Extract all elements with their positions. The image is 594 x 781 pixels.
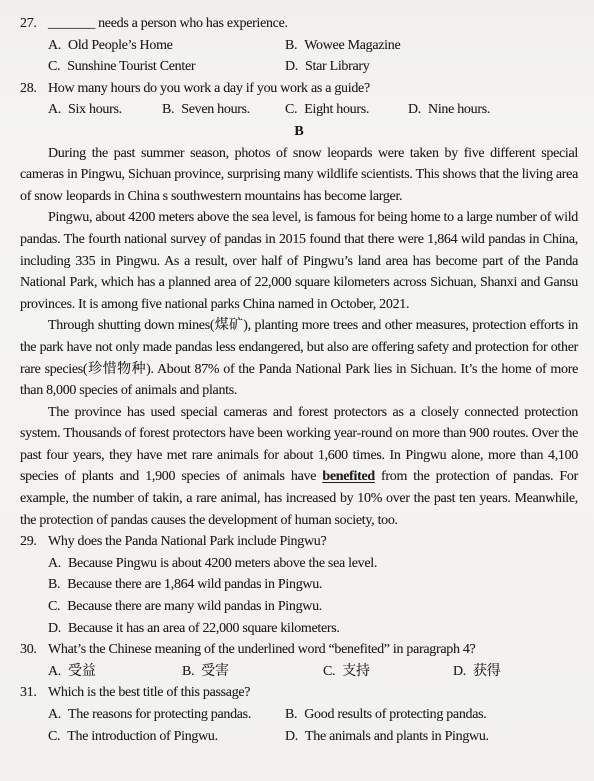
option-b: B.Good results of protecting pandas. [285,704,578,726]
option-d-text: Because it has an area of 22,000 square … [68,621,340,636]
option-d: D.Because it has an area of 22,000 squar… [48,618,578,640]
question-29: 29. Why does the Panda National Park inc… [20,531,578,639]
option-d-label: D. [408,102,421,117]
option-a: A.Old People’s Home [48,35,285,57]
option-a-text: 受益 [68,664,95,679]
question-28-stem-row: 28. How many hours do you work a day if … [20,78,578,100]
option-c-label: C. [48,599,60,614]
option-a-label: A. [48,38,61,53]
option-b-label: B. [162,102,174,117]
option-d: D.The animals and plants in Pingwu. [285,726,578,748]
option-a-label: A. [48,664,61,679]
option-d-label: D. [285,729,298,744]
exam-page: 27. _______ needs a person who has exper… [0,0,594,781]
option-c-text: Eight hours. [304,102,369,117]
option-b-text: 受害 [201,664,228,679]
option-b-text: Wowee Magazine [304,38,400,53]
question-31-stem: Which is the best title of this passage? [48,682,578,704]
option-b-text: Because there are 1,864 wild pandas in P… [67,577,322,592]
option-b: B.Wowee Magazine [285,35,578,57]
question-28-number: 28. [20,78,48,100]
question-29-stem-row: 29. Why does the Panda National Park inc… [20,531,578,553]
option-d-label: D. [453,664,466,679]
question-27-options: A.Old People’s Home B.Wowee Magazine C.S… [48,35,578,78]
question-27: 27. _______ needs a person who has exper… [20,13,578,78]
option-c-text: 支持 [342,664,369,679]
question-28-stem: How many hours do you work a day if you … [48,78,578,100]
option-c-label: C. [285,102,297,117]
option-b-label: B. [285,38,297,53]
question-30-options: A.受益 B.受害 C.支持 D.获得 [48,661,578,683]
question-27-stem: _______ needs a person who has experienc… [48,13,578,35]
option-d-label: D. [285,59,298,74]
question-31: 31. Which is the best title of this pass… [20,682,578,747]
option-b-label: B. [182,664,194,679]
option-a-text: Six hours. [68,102,122,117]
question-30: 30. What’s the Chinese meaning of the un… [20,639,578,682]
option-b-text: Seven hours. [181,102,250,117]
option-b-label: B. [285,707,297,722]
option-a-label: A. [48,707,61,722]
option-c-text: The introduction of Pingwu. [67,729,218,744]
option-a: A.受益 [48,661,182,683]
question-30-stem: What’s the Chinese meaning of the underl… [48,639,578,661]
question-29-stem: Why does the Panda National Park include… [48,531,578,553]
underlined-word-benefited: benefited [322,469,375,484]
question-27-number: 27. [20,13,48,35]
option-d-text: Nine hours. [428,102,490,117]
question-28-options: A.Six hours. B.Seven hours. C.Eight hour… [48,99,578,121]
option-c: C.Eight hours. [285,99,408,121]
option-a-label: A. [48,556,61,571]
option-d-text: 获得 [473,664,500,679]
option-b: B.Seven hours. [162,99,285,121]
option-a-label: A. [48,102,61,117]
option-d: D.获得 [453,661,578,683]
question-29-options: A.Because Pingwu is about 4200 meters ab… [48,553,578,639]
page-content: 27. _______ needs a person who has exper… [0,0,594,747]
option-d: D.Star Library [285,56,578,78]
option-d-label: D. [48,621,61,636]
question-27-stem-row: 27. _______ needs a person who has exper… [20,13,578,35]
question-31-options: A.The reasons for protecting pandas. B.G… [48,704,578,747]
option-c-label: C. [48,59,60,74]
option-a: A.The reasons for protecting pandas. [48,704,285,726]
question-30-stem-row: 30. What’s the Chinese meaning of the un… [20,639,578,661]
option-a-text: Old People’s Home [68,38,173,53]
option-d-text: The animals and plants in Pingwu. [305,729,489,744]
option-c-text: Sunshine Tourist Center [67,59,195,74]
passage-paragraph-1: During the past summer season, photos of… [20,143,578,208]
option-c: C.支持 [323,661,453,683]
section-b-heading: B [20,121,578,143]
passage-paragraph-3: Through shutting down mines(煤矿), plantin… [20,315,578,401]
question-28: 28. How many hours do you work a day if … [20,78,578,121]
passage-paragraph-4: The province has used special cameras an… [20,402,578,532]
option-c-label: C. [48,729,60,744]
option-a-text: The reasons for protecting pandas. [68,707,251,722]
option-b: B.受害 [182,661,323,683]
option-d-text: Star Library [305,59,369,74]
option-c-label: C. [323,664,335,679]
question-30-number: 30. [20,639,48,661]
option-c: C.Sunshine Tourist Center [48,56,285,78]
option-a-text: Because Pingwu is about 4200 meters abov… [68,556,377,571]
option-c: C.Because there are many wild pandas in … [48,596,578,618]
option-b-text: Good results of protecting pandas. [304,707,486,722]
question-29-number: 29. [20,531,48,553]
option-a: A.Because Pingwu is about 4200 meters ab… [48,553,578,575]
option-a: A.Six hours. [48,99,162,121]
option-b-label: B. [48,577,60,592]
passage-paragraph-2: Pingwu, about 4200 meters above the sea … [20,207,578,315]
question-31-number: 31. [20,682,48,704]
option-c: C.The introduction of Pingwu. [48,726,285,748]
option-b: B.Because there are 1,864 wild pandas in… [48,574,578,596]
option-c-text: Because there are many wild pandas in Pi… [67,599,322,614]
question-31-stem-row: 31. Which is the best title of this pass… [20,682,578,704]
option-d: D.Nine hours. [408,99,578,121]
